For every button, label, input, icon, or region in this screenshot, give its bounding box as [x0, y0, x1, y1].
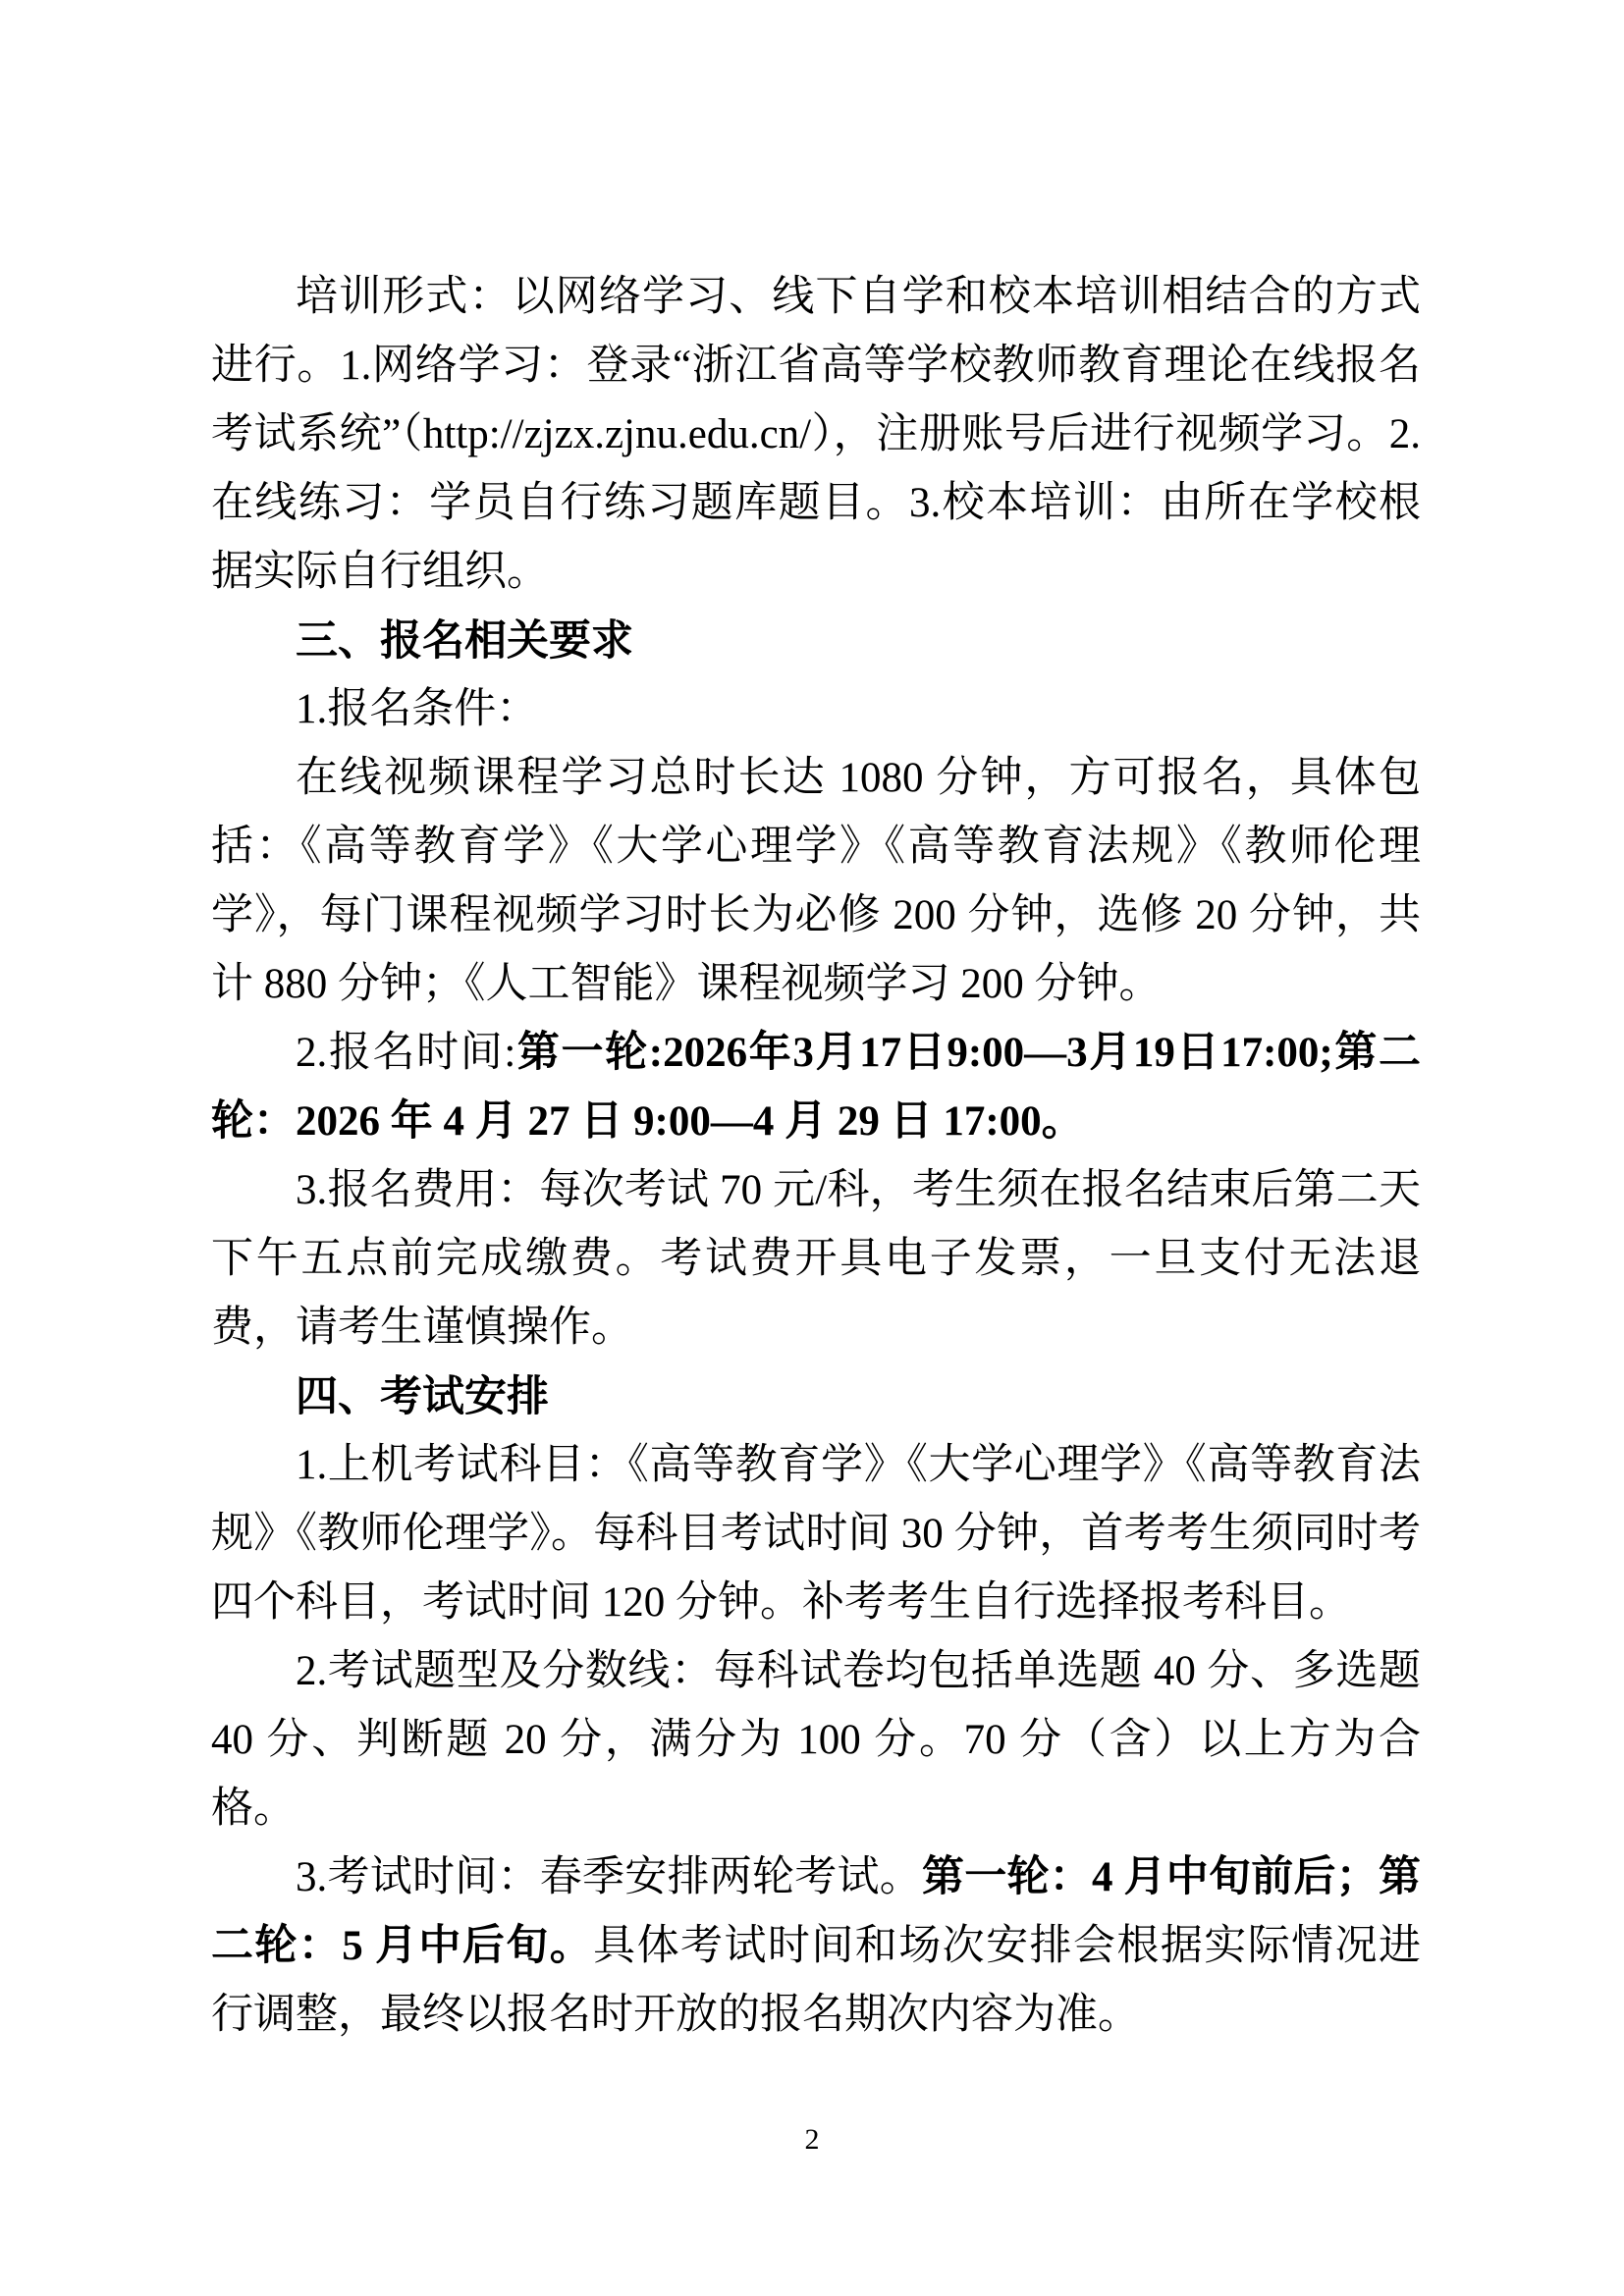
text-run: 2.报名时间:	[296, 1030, 515, 1076]
text-run: 1.报名条件：	[296, 686, 538, 732]
document-page: 培训形式：以网络学习、线下自学和校本培训相结合的方式进行。1.网络学习：登录“浙…	[0, 0, 1624, 2296]
text-run: 2.考试题型及分数线：每科试卷均包括单选题 40 分、多选题 40 分、判断题 …	[211, 1648, 1421, 1832]
para-exam-types: 2.考试题型及分数线：每科试卷均包括单选题 40 分、多选题 40 分、判断题 …	[211, 1637, 1421, 1843]
para-training-format: 培训形式：以网络学习、线下自学和校本培训相结合的方式进行。1.网络学习：登录“浙…	[211, 263, 1421, 607]
para-signup-conditions-label: 1.报名条件：	[211, 675, 1421, 744]
text-run: 培训形式：以网络学习、线下自学和校本培训相结合的方式进行。1.网络学习：登录“浙…	[211, 274, 1421, 595]
text-run: 3.报名费用：每次考试 70 元/科，考生须在报名结束后第二天下午五点前完成缴费…	[211, 1167, 1421, 1351]
para-signup-time: 2.报名时间:第一轮:2026年3月17日9:00—3月19日17:00;第二轮…	[211, 1019, 1421, 1156]
para-exam-subjects: 1.上机考试科目：《高等教育学》《大学心理学》《高等教育法规》《教师伦理学》。每…	[211, 1431, 1421, 1637]
text-run: 3.考试时间：春季安排两轮考试。	[296, 1854, 922, 1900]
para-signup-conditions: 在线视频课程学习总时长达 1080 分钟，方可报名，具体包括：《高等教育学》《大…	[211, 744, 1421, 1019]
document-body: 培训形式：以网络学习、线下自学和校本培训相结合的方式进行。1.网络学习：登录“浙…	[211, 263, 1421, 2050]
heading-section-3: 三、报名相关要求	[211, 607, 1421, 675]
heading-section-4: 四、考试安排	[211, 1362, 1421, 1431]
text-run: 四、考试安排	[296, 1373, 549, 1420]
page-number: 2	[0, 2120, 1624, 2160]
text-run: 1.上机考试科目：《高等教育学》《大学心理学》《高等教育法规》《教师伦理学》。每…	[211, 1442, 1421, 1626]
para-exam-time: 3.考试时间：春季安排两轮考试。第一轮：4 月中旬前后；第二轮：5 月中后旬。具…	[211, 1843, 1421, 2050]
para-signup-fee: 3.报名费用：每次考试 70 元/科，考生须在报名结束后第二天下午五点前完成缴费…	[211, 1156, 1421, 1362]
text-run: 三、报名相关要求	[296, 617, 633, 665]
text-run: 在线视频课程学习总时长达 1080 分钟，方可报名，具体包括：《高等教育学》《大…	[211, 755, 1421, 1007]
